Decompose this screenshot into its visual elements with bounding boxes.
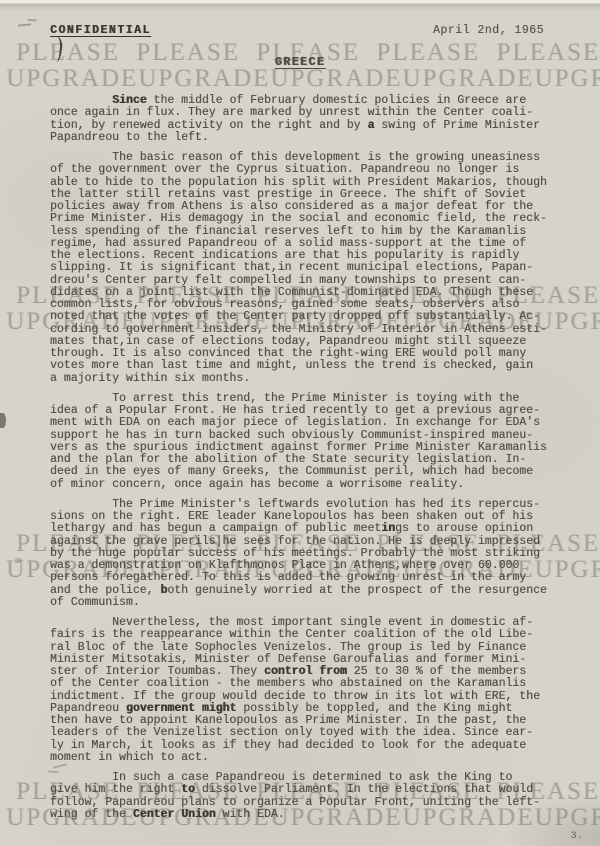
document-line: of Communism. [50,597,580,609]
paragraph: The basic reason of this development is … [50,152,580,385]
document-header: CONFIDENTIAL April 2nd, 1965 [50,24,544,37]
page-number: 3. [570,830,583,842]
paragraph: In such a case Papandreou is determined … [50,772,580,821]
document-line: deed in the eyes of many Greeks, the Com… [50,466,580,478]
document-body: Since the middle of February domestic po… [50,95,580,829]
document-line: fairs is the reappearance within the Cen… [50,629,580,641]
document-line: moment in which to act. [50,752,580,764]
document-title: GREECE [0,56,600,69]
document-line: ment with EDA on each major piece of leg… [50,417,580,429]
document-line: of minor concern, once again has become … [50,479,580,491]
paragraph: To arrest this trend, the Prime Minister… [50,393,580,491]
document-line: ral Bloc of the late Sophocles Venizelos… [50,642,580,654]
scanned-document-page: PLEASEPLEASEPLEASEPLEASEPLEASEUPGRADEUPG… [0,0,600,846]
document-line: support he has in turn backed such obvio… [50,430,580,442]
document-line: of the government over the Cyprus situat… [50,164,580,176]
document-line: wing of the Center Union with EDA. [50,809,580,821]
document-line: slipping. It is significant that,in rece… [50,262,580,274]
document-line: Papandreou to the left. [50,132,580,144]
document-line: and the police, both genuinely worried a… [50,585,580,597]
document-line: of the Center coalition - the members wh… [50,678,580,690]
document-line: give him the right to dissolve Parliamen… [50,784,580,796]
document-line: able to hide to the population his split… [50,177,580,189]
document-line: lethargy and has begun a campaign of pub… [50,523,580,535]
paragraph: The Prime Minister's leftwards evolution… [50,499,580,609]
document-line: Prime Minister. His demagogy in the soci… [50,213,580,225]
document-line: a majority within six months. [50,373,580,385]
document-line: once again in flux. They are marked by u… [50,107,580,119]
document-date: April 2nd, 1965 [433,24,544,37]
document-line: leaders of the Venizelist section only t… [50,727,580,739]
classification-stamp: CONFIDENTIAL [50,24,151,37]
document-line: less spending of the financial reserves … [50,226,580,238]
document-line: noted that the votes of the Center party… [50,311,580,323]
document-line: follow, Papandreou plans to organize a P… [50,797,580,809]
document-line: votes more than last time and might, unl… [50,360,580,372]
document-line: tion, by renewed activity on the right a… [50,120,580,132]
paragraph: Nevertheless, the most important single … [50,617,580,764]
document-line: cording to government insiders, the Mini… [50,324,580,336]
paragraph: Since the middle of February domestic po… [50,95,580,144]
document-line: against the grave perils|he sees for the… [50,536,580,548]
document-content: CONFIDENTIAL April 2nd, 1965 GREECE Sinc… [0,0,600,846]
document-line: ly in March, it looks as if they had dec… [50,740,580,752]
document-line: dreou's Center party felt compelled in m… [50,275,580,287]
document-line: persons foregathered. To this is added t… [50,572,580,584]
